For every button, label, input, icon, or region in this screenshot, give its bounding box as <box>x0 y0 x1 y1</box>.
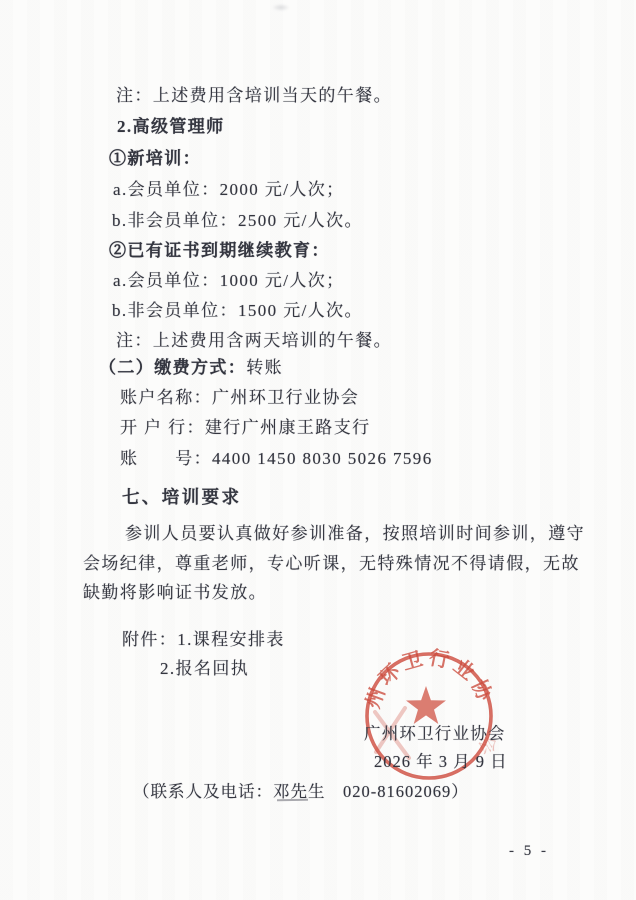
payment-method-line: （二）缴费方式：转账 <box>99 358 283 378</box>
fee-note-two-day-lunch: 注：上述费用含两天培训的午餐。 <box>116 331 392 351</box>
renewal-education-heading: ②已有证书到期继续教育： <box>109 241 330 261</box>
new-training-member-fee: a.会员单位：2000 元/人次； <box>113 180 345 200</box>
scan-smudge <box>272 4 290 11</box>
senior-manager-heading: 2.高级管理师 <box>117 117 225 137</box>
seal-star-icon <box>406 686 446 724</box>
scanned-document-page: 注：上述费用含培训当天的午餐。 2.高级管理师 ①新培训： a.会员单位：200… <box>0 0 636 900</box>
requirements-paragraph-line3: 缺勤将影响证书发放。 <box>83 583 267 603</box>
requirements-paragraph-line2: 会场纪律，尊重老师，专心听课，无特殊情况不得请假，无故 <box>83 554 551 574</box>
page-number: - 5 - <box>509 841 549 861</box>
account-number-label: 账 号： <box>120 449 212 468</box>
account-name-line: 账户名称：广州环卫行业协会 <box>120 388 359 408</box>
requirements-paragraph-line1: 参训人员要认真做好参训准备，按照培训时间参训，遵守 <box>83 524 551 544</box>
renewal-nonmember-fee: b.非会员单位：1500 元/人次。 <box>112 301 363 321</box>
bank-branch-line: 开 户 行：建行广州康王路支行 <box>120 418 371 438</box>
training-requirements-heading: 七、培训要求 <box>122 487 241 507</box>
issuer-organization-name: 广州环卫行业协会 <box>364 724 506 744</box>
issue-date: 2026 年 3 月 9 日 <box>374 752 508 772</box>
fee-note-day-lunch: 注：上述费用含培训当天的午餐。 <box>116 86 392 106</box>
payment-method-label: （二）缴费方式： <box>99 358 246 377</box>
payment-method-value: 转账 <box>246 358 283 377</box>
account-number-line: 账 号：4400 1450 8030 5026 7596 <box>120 449 433 469</box>
renewal-member-fee: a.会员单位：1000 元/人次； <box>113 271 345 291</box>
new-training-nonmember-fee: b.非会员单位：2500 元/人次。 <box>112 211 363 231</box>
attachments-line2: 2.报名回执 <box>160 659 249 679</box>
attachments-line1: 附件：1.课程安排表 <box>122 630 285 650</box>
new-training-heading: ①新培训： <box>109 149 201 169</box>
account-number-value: 4400 1450 8030 5026 7596 <box>212 449 433 468</box>
